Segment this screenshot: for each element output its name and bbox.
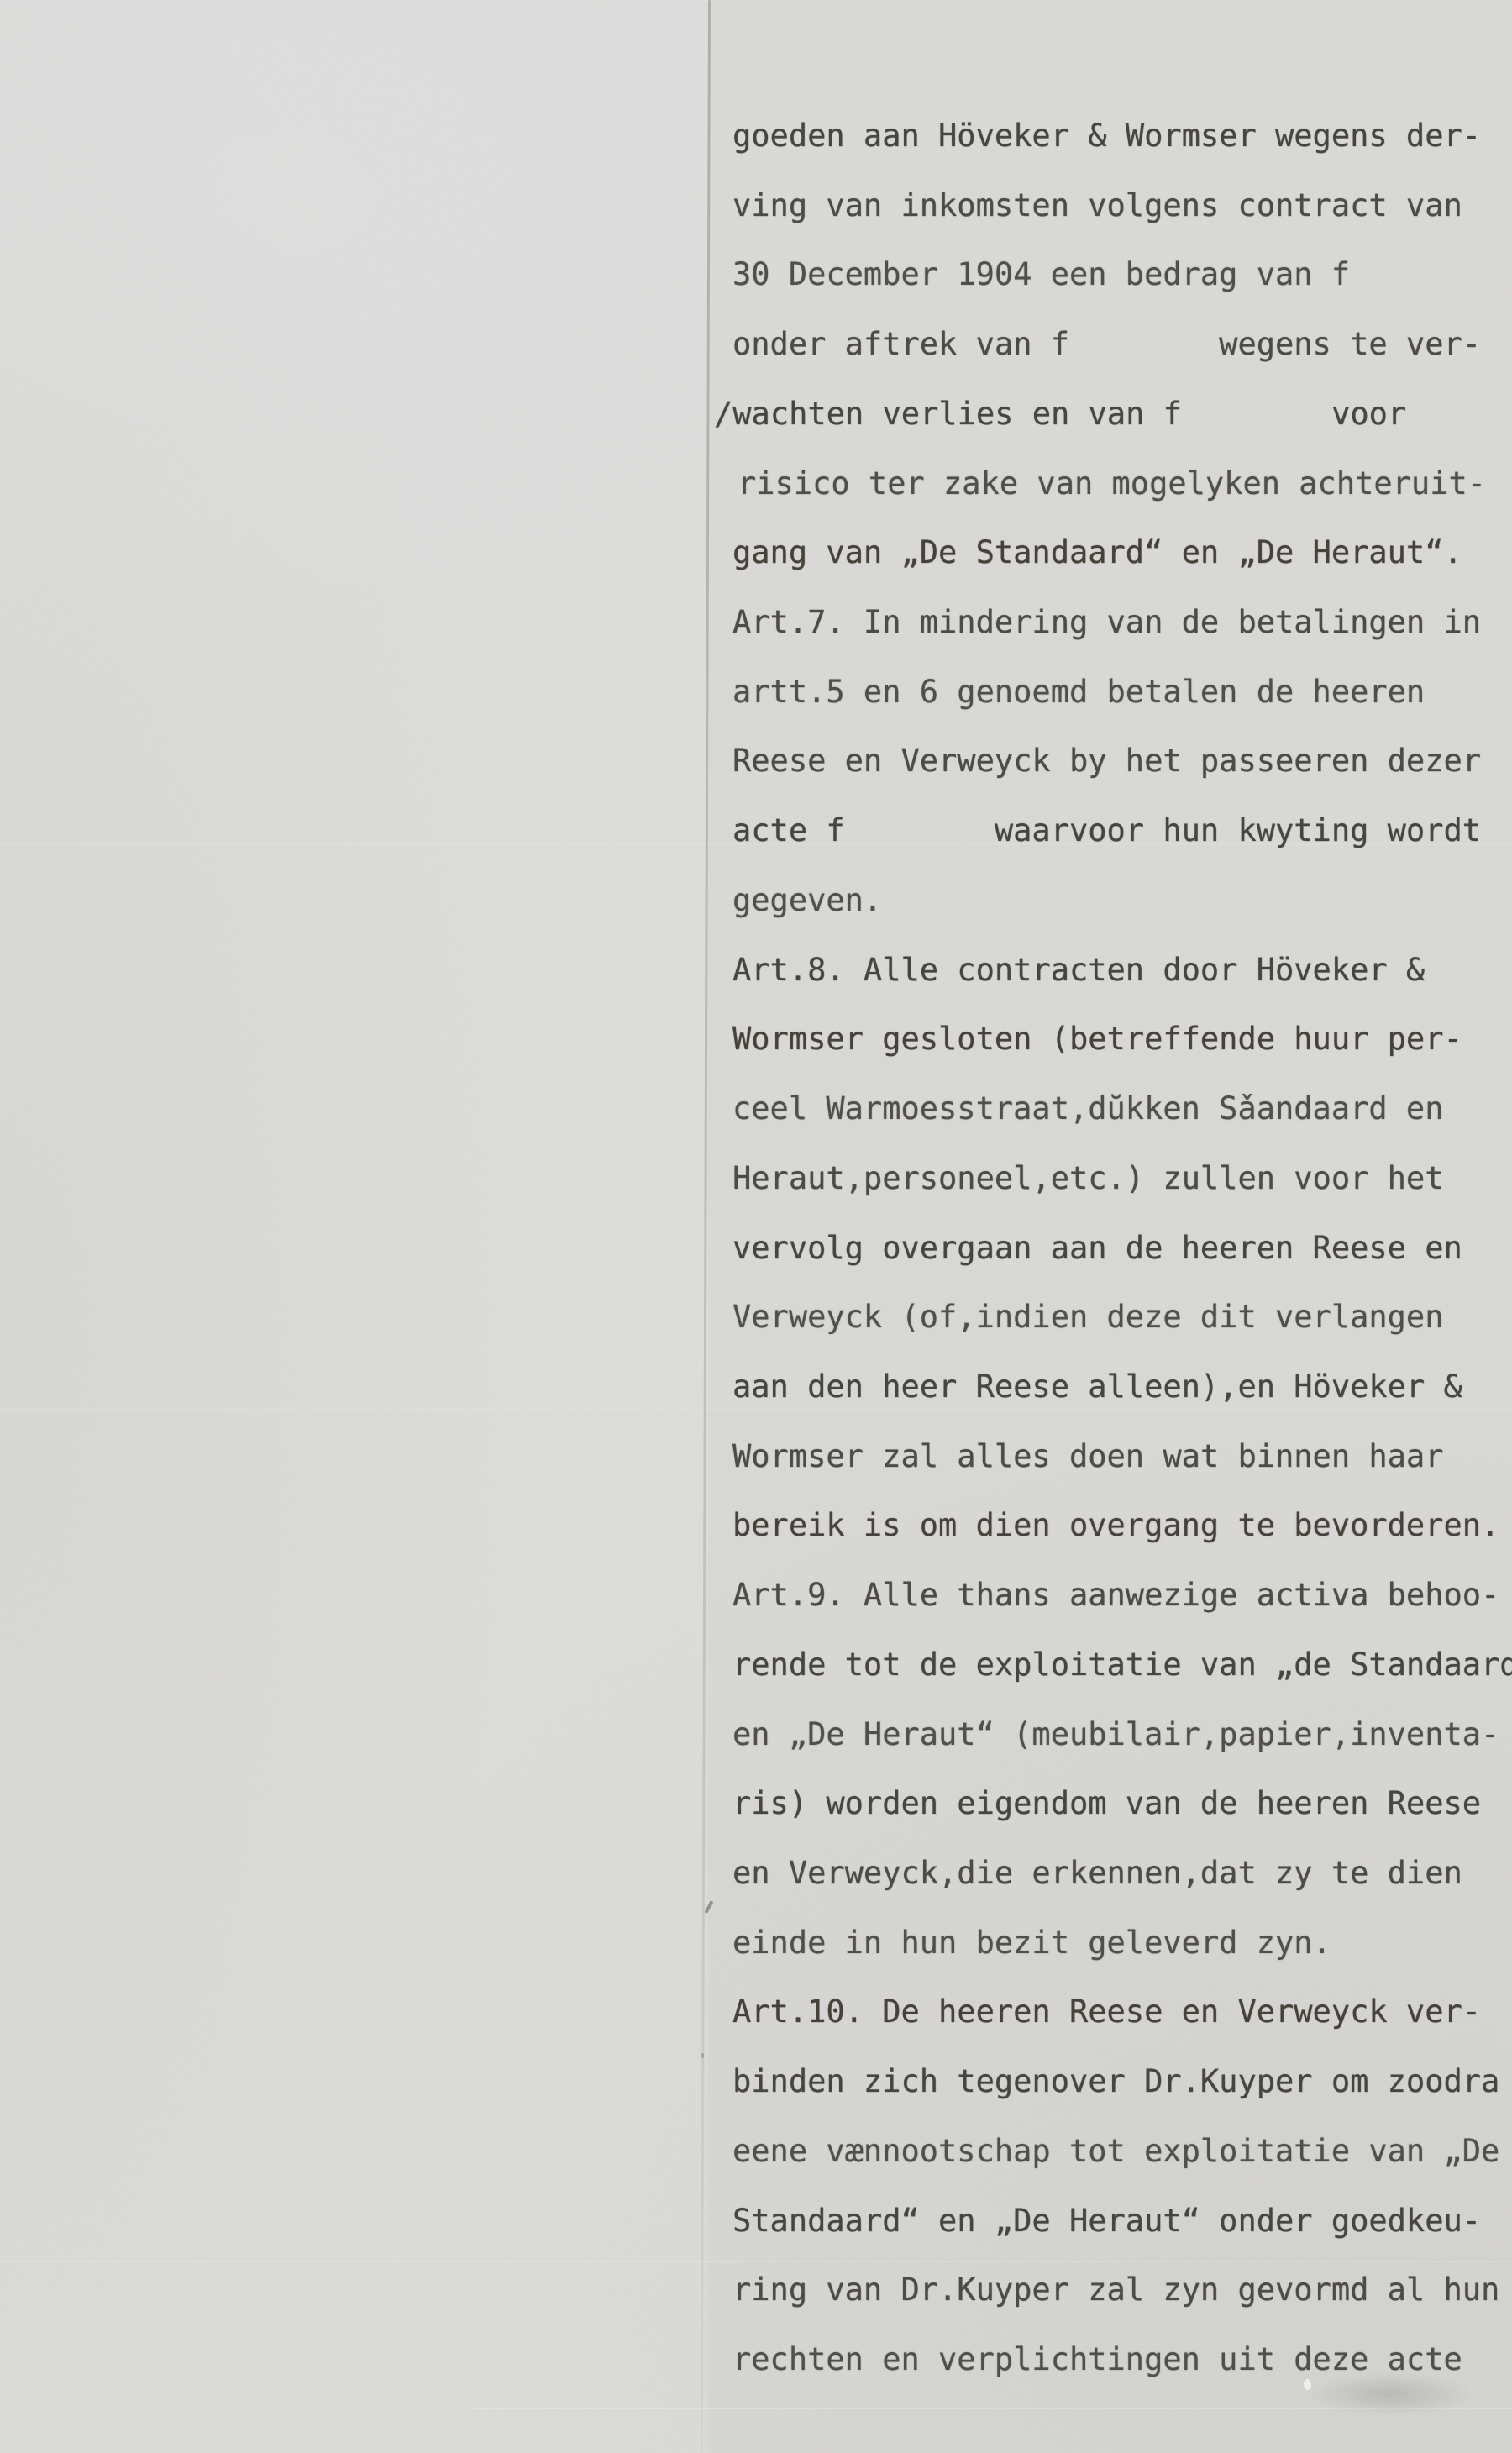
typewritten-line: bereik is om dien overgang te bevorderen… bbox=[732, 1506, 1499, 1545]
typewritten-line: en Verweyck,die erkennen,dat zy te dien bbox=[732, 1854, 1462, 1893]
typewritten-text-block: goeden aan Höveker & Wormser wegens der-… bbox=[0, 0, 1512, 2453]
typewritten-line: acte f waarvoor hun kwyting wordt bbox=[732, 812, 1481, 850]
typewritten-line: Art.8. Alle contracten door Höveker & bbox=[732, 951, 1425, 990]
typewritten-line: Heraut,personeel,etc.) zullen voor het bbox=[732, 1159, 1443, 1198]
typewritten-line: einde in hun bezit geleverd zyn. bbox=[732, 1924, 1331, 1962]
typewritten-line: artt.5 en 6 genoemd betalen de heeren bbox=[732, 673, 1425, 712]
typewritten-line: ving van inkomsten volgens contract van bbox=[732, 186, 1462, 225]
typewritten-line: 30 December 1904 een bedrag van f bbox=[732, 255, 1350, 294]
typewritten-line: gang van „De Standaard“ en „De Heraut“. bbox=[732, 533, 1462, 572]
typewritten-line: rende tot de exploitatie van „de Standaa… bbox=[732, 1646, 1512, 1684]
typewritten-line: Standaard“ en „De Heraut“ onder goedkeu- bbox=[732, 2202, 1481, 2240]
typewritten-line: Art.7. In mindering van de betalingen in bbox=[732, 603, 1481, 642]
scanned-document-page: { "document": { "kind": "typewritten con… bbox=[0, 0, 1512, 2453]
typewritten-line: aan den heer Reese alleen),en Höveker & bbox=[732, 1368, 1462, 1406]
typewritten-line: onder aftrek van f wegens te ver- bbox=[732, 325, 1481, 364]
typewritten-line: Wormser gesloten (betreffende huur per- bbox=[732, 1020, 1462, 1058]
typewritten-line: Art.10. De heeren Reese en Verweyck ver- bbox=[732, 1993, 1481, 2031]
typewritten-line: vervolg overgaan aan de heeren Reese en bbox=[732, 1229, 1462, 1268]
typewritten-line: eene vænnootschap tot exploitatie van „D… bbox=[732, 2132, 1499, 2171]
typewritten-line: ceel Warmoesstraat,dŭkken Sǎandaard en bbox=[732, 1090, 1443, 1128]
typewritten-line: ris) worden eigendom van de heeren Reese bbox=[732, 1784, 1481, 1823]
typewritten-line: /wachten verlies en van f voor bbox=[714, 395, 1406, 433]
typewritten-line: goeden aan Höveker & Wormser wegens der- bbox=[732, 117, 1481, 155]
typewritten-line: binden zich tegenover Dr.Kuyper om zoodr… bbox=[732, 2062, 1499, 2101]
typewritten-line: risico ter zake van mogelyken achteruit- bbox=[738, 465, 1486, 503]
typewritten-line: rechten en verplichtingen uit deze acte bbox=[732, 2340, 1462, 2379]
typewritten-line: Reese en Verweyck by het passeeren dezer bbox=[732, 742, 1481, 780]
typewritten-line: Art.9. Alle thans aanwezige activa behoo… bbox=[732, 1576, 1499, 1615]
typewritten-line: en „De Heraut“ (meubilair,papier,inventa… bbox=[732, 1715, 1499, 1754]
typewritten-line: Wormser zal alles doen wat binnen haar bbox=[732, 1437, 1443, 1476]
typewritten-line: Verweyck (of,indien deze dit verlangen bbox=[732, 1298, 1443, 1337]
typewritten-line: gegeven. bbox=[732, 881, 882, 920]
typewritten-line: ring van Dr.Kuyper zal zyn gevormd al hu… bbox=[732, 2271, 1499, 2309]
